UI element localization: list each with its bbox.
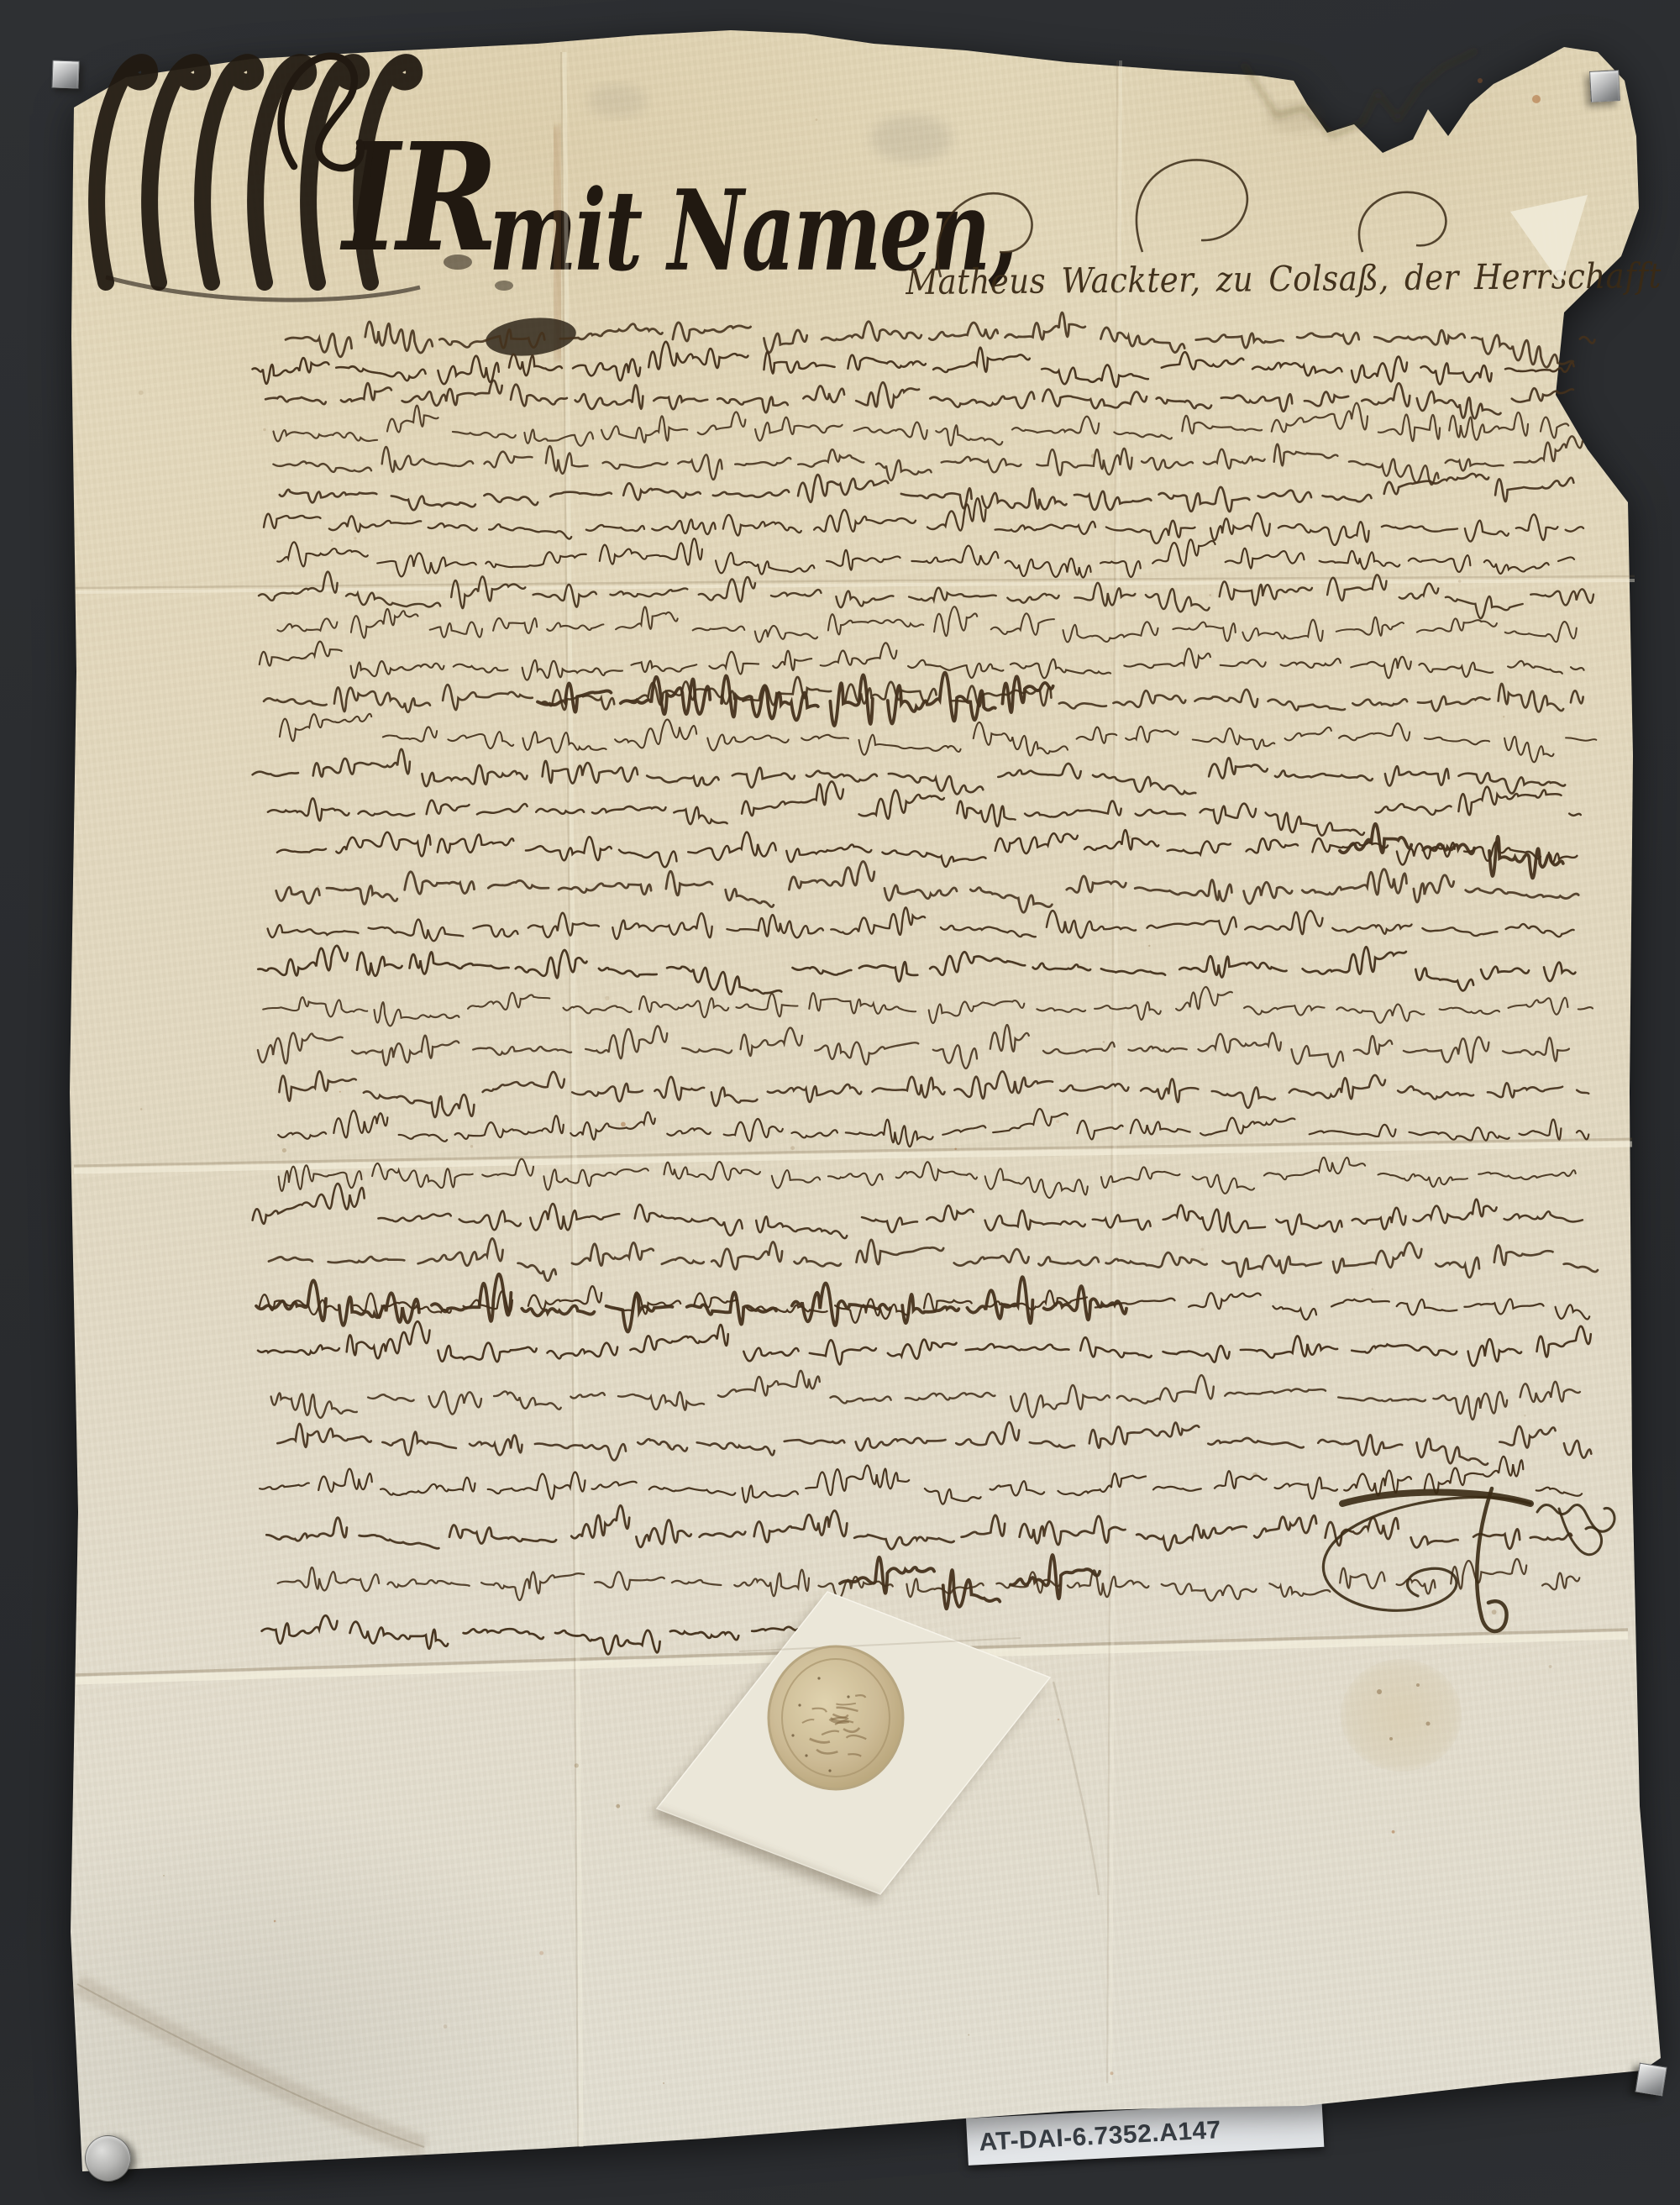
magnet-pin-bottom-right xyxy=(1635,2063,1667,2097)
magnet-pin-top-right xyxy=(1589,70,1620,102)
heading-opening-script: Matheus Wackter, zu Colsaß, der Herrscha… xyxy=(906,255,1662,302)
magnet-pin-top-left xyxy=(51,60,79,88)
document-paper xyxy=(50,17,1672,2184)
magnet-pin-bottom-left xyxy=(85,2135,131,2181)
paper-shadow xyxy=(0,0,1680,2205)
heading-initial-letters: IR xyxy=(343,124,495,273)
archive-photo: AT-DAI-6.7352.A147 IR mit Namen, Matheus… xyxy=(0,0,1680,2205)
